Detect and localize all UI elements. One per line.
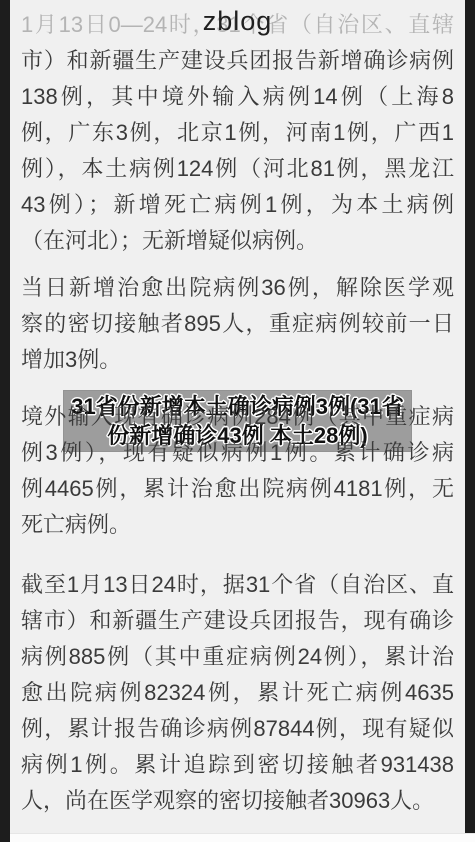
watermark-zblog: zblog	[203, 6, 273, 37]
paragraph: 当日新增治愈出院病例36例，解除医学观察的密切接触者895人，重症病例较前一日增…	[21, 270, 454, 378]
article-line: 病例885例（其中重症病例24例），累计治	[21, 639, 454, 675]
article-line: 境外输入现有确诊病例284例（其中重症病	[21, 399, 454, 435]
bottom-strip	[10, 833, 475, 842]
article-body: 1月13日0—24时，31个省（自治区、直辖市）和新疆生产建设兵团报告新增确诊病…	[10, 0, 465, 819]
article-line: 愈出院病例82324例，累计死亡病例4635	[21, 675, 454, 711]
article-line: 截至1月13日24时，据31个省（自治区、直	[21, 567, 454, 603]
article-line: 例3例），现有疑似病例1例。累计确诊病	[21, 435, 454, 471]
article-line: 138例，其中境外输入病例14例（上海8	[21, 79, 454, 115]
paragraph: 1月13日0—24时，31个省（自治区、直辖市）和新疆生产建设兵团报告新增确诊病…	[21, 7, 454, 259]
article-line: 43例）；新增死亡病例1例，为本土病例	[21, 187, 454, 223]
paragraph: 截至1月13日24时，据31个省（自治区、直辖市）和新疆生产建设兵团报告，现有确…	[21, 567, 454, 819]
article-line: 人，尚在医学观察的密切接触者30963人。	[21, 783, 454, 819]
article-line: （在河北）；无新增疑似病例。	[21, 223, 454, 259]
article-page: zblog 31省份新增本土确诊病例3例(31省 份新增确诊43例 本土28例)…	[10, 0, 465, 842]
left-frame-strip	[0, 0, 10, 842]
article-line: 例），本土病例124例（河北81例，黑龙江	[21, 151, 454, 187]
article-line: 辖市）和新疆生产建设兵团报告，现有确诊	[21, 603, 454, 639]
screenshot-root: { "page": { "watermark": "zblog", "backg…	[0, 0, 475, 842]
article-line: 死亡病例。	[21, 507, 454, 543]
article-line: 例，累计报告确诊病例87844例，现有疑似	[21, 711, 454, 747]
article-line: 例，广东3例，北京1例，河南1例，广西1	[21, 115, 454, 151]
article-line: 察的密切接触者895人，重症病例较前一日	[21, 306, 454, 342]
article-line: 例4465例，累计治愈出院病例4181例，无	[21, 471, 454, 507]
article-line: 增加3例。	[21, 342, 454, 378]
article-line: 病例1例。累计追踪到密切接触者931438	[21, 747, 454, 783]
article-line: 市）和新疆生产建设兵团报告新增确诊病例	[21, 43, 454, 79]
article-line: 当日新增治愈出院病例36例，解除医学观	[21, 270, 454, 306]
right-frame-strip	[465, 0, 475, 842]
paragraph: 境外输入现有确诊病例284例（其中重症病例3例），现有疑似病例1例。累计确诊病例…	[21, 399, 454, 543]
